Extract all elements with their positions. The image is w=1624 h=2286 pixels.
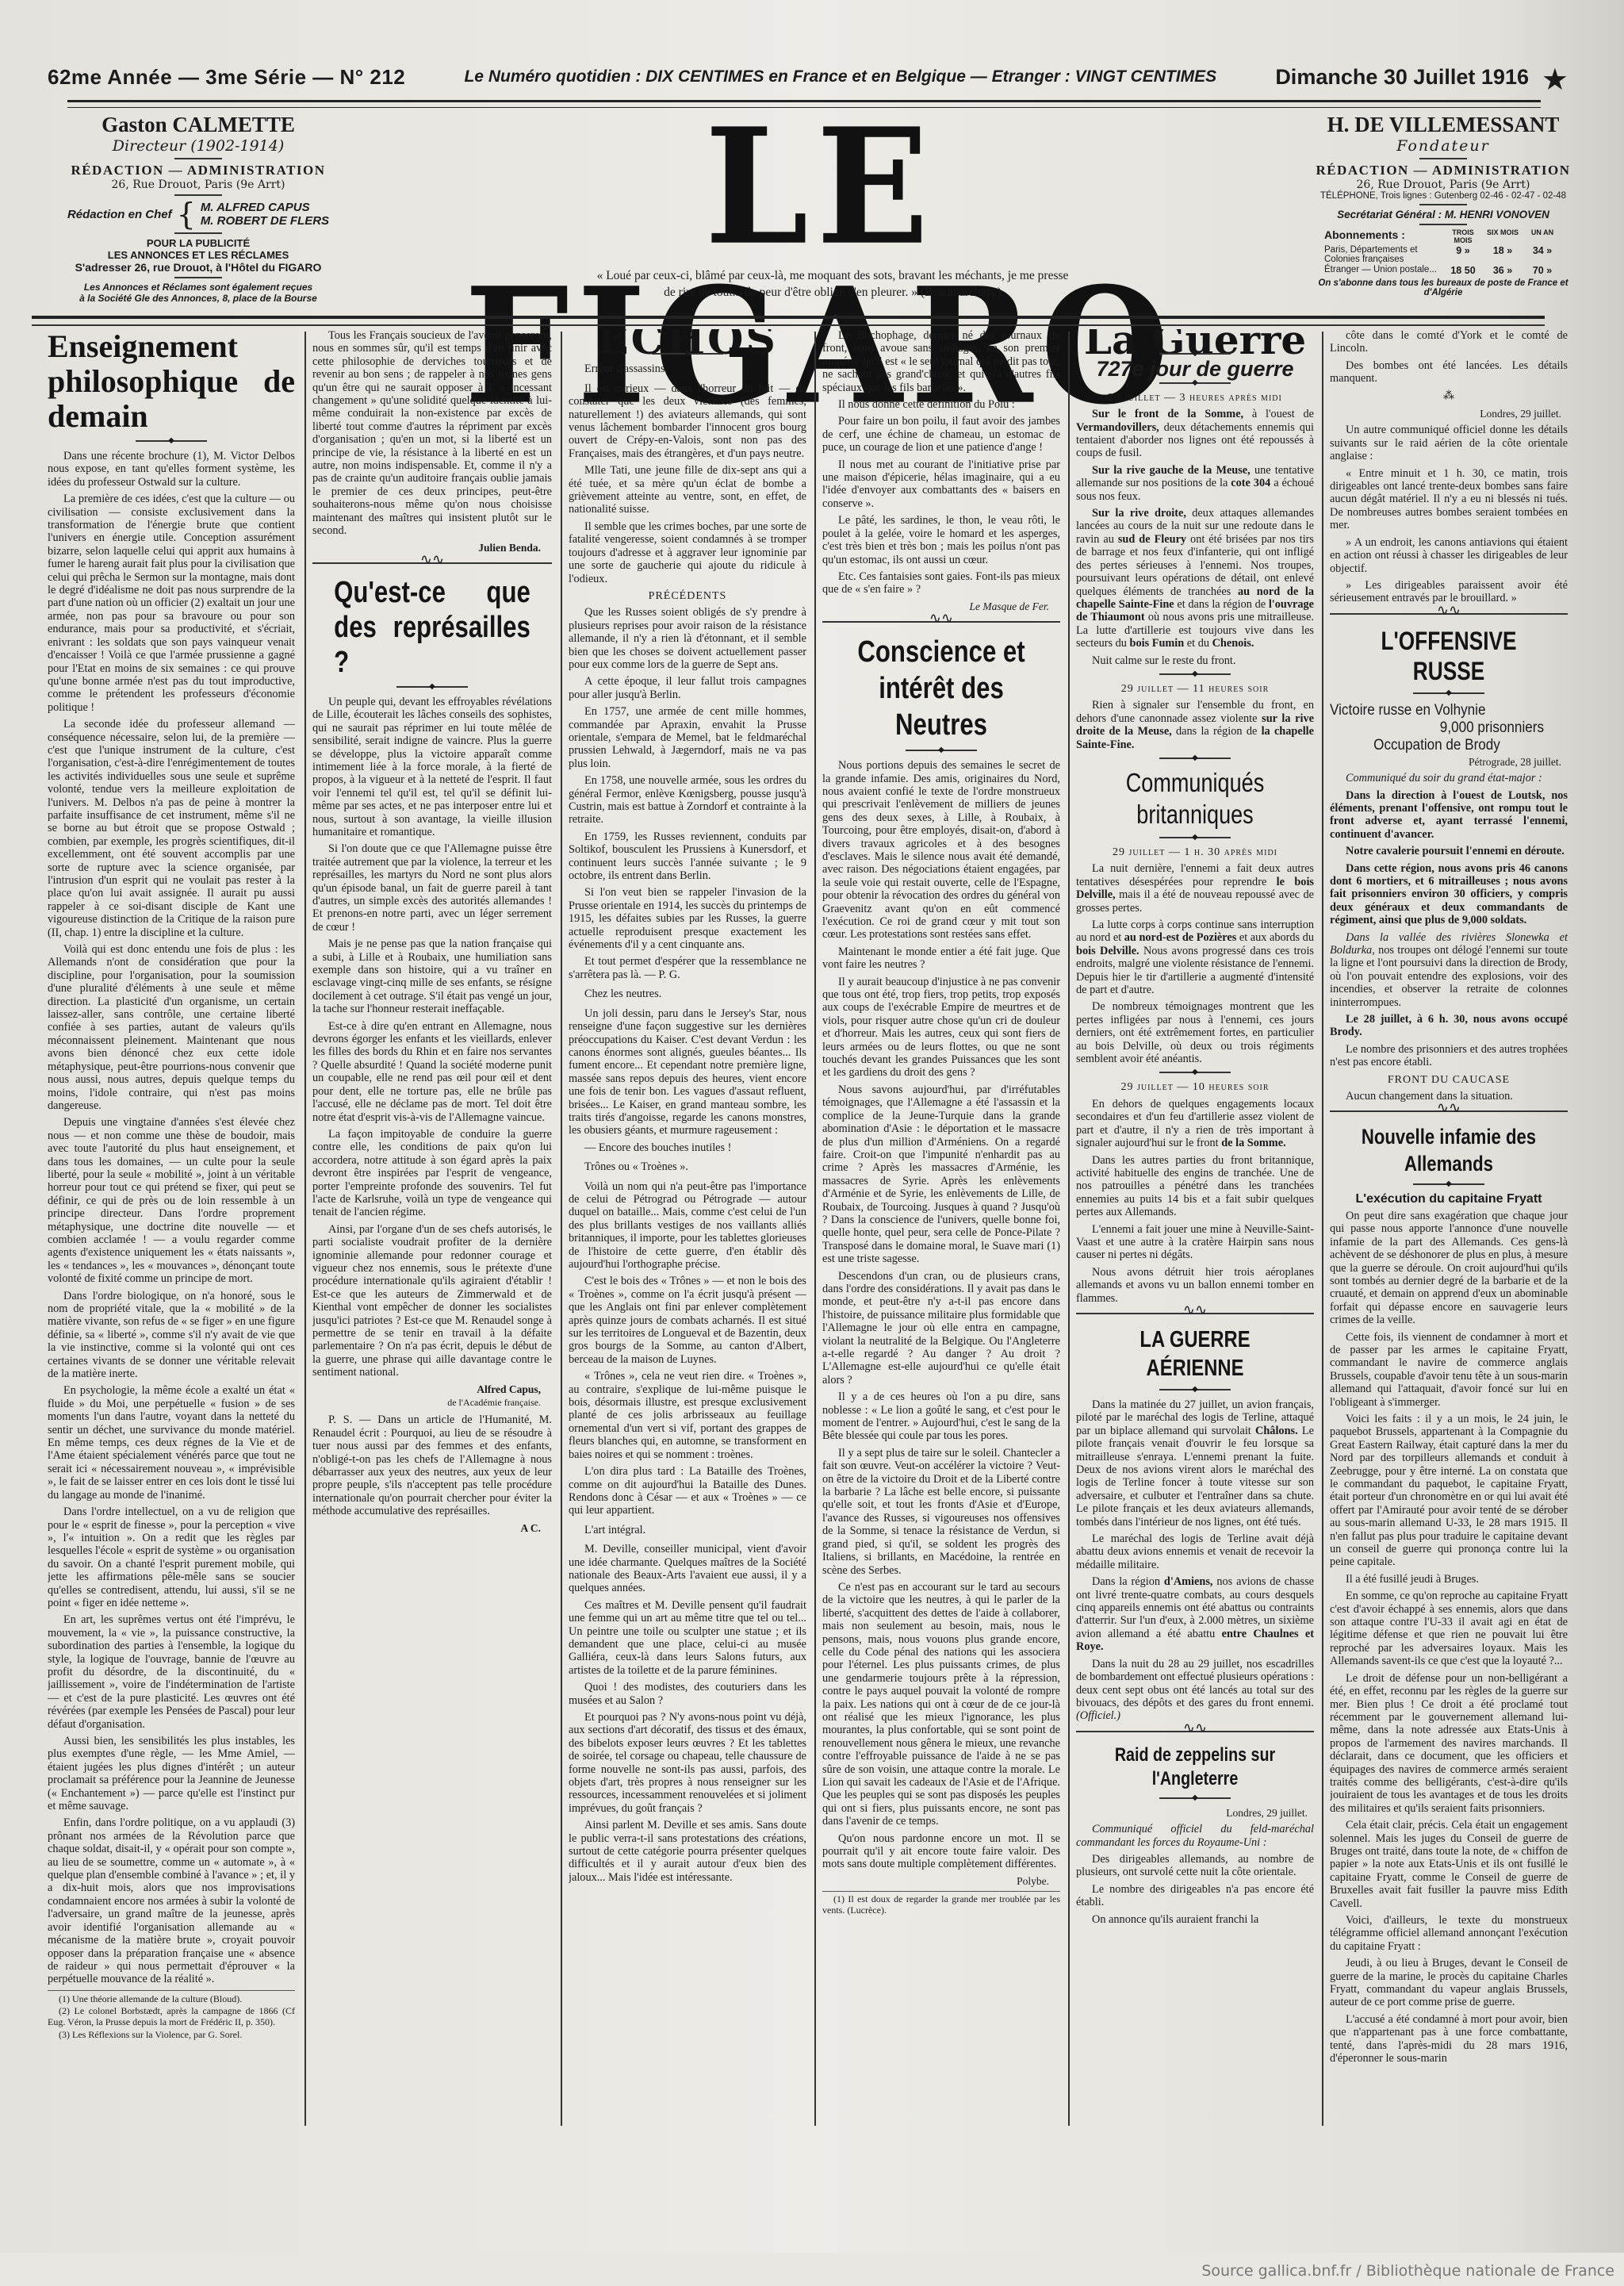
paragraph: On annonce qu'ils auraient franchi la bbox=[1076, 1913, 1314, 1926]
paragraph: En somme, ce qu'on reproche au capitaine… bbox=[1330, 1590, 1568, 1667]
subs-col-header: SIX MOIS bbox=[1483, 228, 1522, 244]
column-6: côte dans le comté d'York et le comté de… bbox=[1330, 329, 1568, 2134]
subhead: Occupation de Brody bbox=[1330, 737, 1544, 754]
section-title-echos: ÉCHOS bbox=[569, 334, 806, 347]
brace-icon: { bbox=[177, 199, 196, 229]
communique-body: Rien à signaler sur l'ensemble du front,… bbox=[1076, 699, 1314, 751]
paragraph: Jeudi, à ou lieu à Bruges, devant le Con… bbox=[1330, 1957, 1568, 2009]
motto: « Loué par ceux-ci, blâmé par ceux-là, m… bbox=[484, 268, 1182, 301]
communique-body: Dans la matinée du 27 juillet, un avion … bbox=[1076, 1398, 1314, 1723]
paragraph: Sur la rive droite, deux attaques allema… bbox=[1076, 507, 1314, 650]
chef-2: M. ROBERT DE FLERS bbox=[201, 214, 329, 228]
russian-subheads: Victoire russe en Volhynie 9,000 prisonn… bbox=[1330, 702, 1544, 754]
paragraph: Ainsi, par l'organe d'un de ses chefs au… bbox=[312, 1223, 552, 1379]
paragraph: Dans la direction à l'ouest de Loutsk, n… bbox=[1330, 789, 1568, 842]
paragraph: Sur la rive gauche de la Meuse, une tent… bbox=[1076, 464, 1314, 503]
paragraph: Il y aurait beaucoup d'injustice à ne pa… bbox=[822, 976, 1060, 1080]
subs-label: Abonnements : bbox=[1324, 228, 1443, 244]
paragraph: Communiqué officiel du feld-maréchal com… bbox=[1076, 1823, 1314, 1849]
paragraph: La première de ces idées, c'est que la c… bbox=[48, 493, 295, 714]
column-rule bbox=[561, 332, 562, 2126]
paragraph: Ces maîtres et M. Deville pensent qu'il … bbox=[569, 1599, 806, 1677]
paragraph: Des dirigeables allemands, au nombre de … bbox=[1076, 1853, 1314, 1879]
star-icon: ★ bbox=[1542, 62, 1568, 97]
masthead-rule bbox=[32, 316, 1545, 326]
section-title-infamie: Nouvelle infamie des Allemands bbox=[1351, 1123, 1546, 1177]
echo-body: M. Deville, conseiller municipal, vient … bbox=[569, 1543, 806, 1884]
masthead-left: Gaston CALMETTE Directeur (1902-1914) RÉ… bbox=[63, 113, 333, 304]
paragraph: Il y a sept plus de taire sur le soleil.… bbox=[822, 1447, 1060, 1577]
article-title-represailles: Qu'est-ce que des représailles ? bbox=[334, 575, 530, 680]
wavy-divider bbox=[1330, 613, 1568, 618]
paragraph: Ce n'est pas en accourant sur le tard au… bbox=[822, 1581, 1060, 1828]
section-title-zeppelins: Raid de zeppelins sur l'Angleterre bbox=[1097, 1743, 1293, 1791]
column-rule bbox=[814, 332, 816, 2126]
ornament-divider bbox=[396, 686, 468, 688]
title-text: Enseignement philosophique de demain bbox=[48, 329, 295, 434]
echo-heading: Erreur d'assassins. bbox=[569, 362, 806, 375]
paragraph: Descendons d'un cran, ou de plusieurs cr… bbox=[822, 1270, 1060, 1387]
paragraph: Nous portions depuis des semaines le sec… bbox=[822, 759, 1060, 942]
paragraph: Dans la matinée du 27 juillet, un avion … bbox=[1076, 1398, 1314, 1528]
footnotes: (1) Une théorie allemande de la culture … bbox=[48, 1990, 295, 2040]
paragraph: Dans une récente brochure (1), M. Victor… bbox=[48, 450, 295, 489]
paragraph: Cette fois, ils viennent de condamner à … bbox=[1330, 1331, 1568, 1409]
column-2: Tous les Français soucieux de l'avenir p… bbox=[312, 329, 552, 2134]
paragraph: Un peuple qui, devant les effroyables ré… bbox=[312, 696, 552, 838]
section-title-guerre: La Guerre bbox=[1076, 334, 1314, 347]
paragraph: Il est curieux — dans l'horreur du fait … bbox=[569, 382, 806, 460]
paragraph: L'ennemi a fait jouer une mine à Neuvill… bbox=[1076, 1223, 1314, 1262]
paragraph: Un joli dessin, paru dans le Jersey's St… bbox=[569, 1007, 806, 1137]
paragraph: Sur le front de la Somme, à l'ouest de V… bbox=[1076, 408, 1314, 460]
communique-body: côte dans le comté d'York et le comté de… bbox=[1330, 329, 1568, 385]
office-address: 26, Rue Drouot, Paris (9e Arrt) bbox=[1312, 178, 1574, 191]
ornament-divider bbox=[1419, 158, 1467, 159]
pub-line-1: POUR LA PUBLICITÉ bbox=[63, 237, 333, 249]
ornament-divider bbox=[174, 232, 222, 234]
paragraph: Le nombre des dirigeables n'a pas encore… bbox=[1076, 1883, 1314, 1909]
ornament-divider bbox=[1159, 1072, 1231, 1073]
paragraph: côte dans le comté d'York et le comté de… bbox=[1330, 329, 1568, 355]
paragraph: Le maréchal des logis de Terline avait d… bbox=[1076, 1532, 1314, 1571]
paragraph: Voilà un nom qui n'a peut-être pas l'imp… bbox=[569, 1180, 806, 1271]
issue-number: 62me Année — 3me Série — N° 212 bbox=[48, 65, 405, 90]
article-body-fryatt: On peut dire sans exagération que chaque… bbox=[1330, 1210, 1568, 2065]
paragraph: Qu'on nous pardonne encore un mot. Il se… bbox=[822, 1832, 1060, 1871]
echo-heading: Trônes ou « Troènes ». bbox=[569, 1160, 806, 1173]
paragraph: Dans la vallée des rivières Slonewka et … bbox=[1330, 931, 1568, 1009]
paragraph: Cela était clair, précis. Cela était un … bbox=[1330, 1819, 1568, 1910]
paragraph: Voici, d'ailleurs, le texte du monstrueu… bbox=[1330, 1914, 1568, 1953]
subs-note: On s'abonne dans tous les bureaux de pos… bbox=[1312, 278, 1574, 297]
paragraph: Des bombes ont été lancées. Les détails … bbox=[1330, 359, 1568, 385]
subhead: Victoire russe en Volhynie bbox=[1330, 702, 1544, 719]
paragraph: Et tout permet d'espérer que la ressembl… bbox=[569, 955, 806, 981]
motto-line-2: de rire de tout... de peur d'être obligé… bbox=[484, 285, 1182, 301]
paragraph: En dehors de quelques engagements locaux… bbox=[1076, 1098, 1314, 1150]
communique-body: En dehors de quelques engagements locaux… bbox=[1076, 1098, 1314, 1305]
ornament-divider bbox=[136, 440, 207, 442]
dateline-place: Londres, 29 juillet. bbox=[1076, 1807, 1308, 1820]
pub-line-4: Les Annonces et Réclames sont également … bbox=[63, 282, 333, 293]
paragraph: Il a été fusillé jeudi à Bruges. bbox=[1330, 1573, 1568, 1586]
paragraph: Enfin, dans l'ordre politique, on a vu a… bbox=[48, 1816, 295, 1985]
office-label: RÉDACTION — ADMINISTRATION bbox=[1312, 163, 1574, 178]
subs-col-header: UN AN bbox=[1522, 228, 1562, 244]
founder-name: H. DE VILLEMESSANT bbox=[1312, 113, 1574, 137]
ornament-divider bbox=[174, 194, 222, 196]
director-name: Gaston CALMETTE bbox=[63, 113, 333, 137]
article-body-represailles: Un peuple qui, devant les effroyables ré… bbox=[312, 696, 552, 1379]
subscription-table: Abonnements : TROIS MOIS SIX MOIS UN AN … bbox=[1324, 228, 1574, 276]
pub-line-3: S'adresser 26, rue Drouot, à l'Hôtel du … bbox=[63, 261, 333, 274]
paragraph: Le droit de défense pour un non-belligér… bbox=[1330, 1672, 1568, 1815]
paragraph: En 1758, une nouvelle armée, sous les or… bbox=[569, 774, 806, 827]
paragraph: C'est le bois des « Trônes » — et non le… bbox=[569, 1275, 806, 1366]
paragraph: A cette époque, il leur fallut trois cam… bbox=[569, 675, 806, 701]
subs-value: 70 » bbox=[1522, 265, 1562, 276]
paragraph: (2) Le colonel Borbstædt, après la campa… bbox=[48, 2006, 295, 2027]
asterism-icon: ⁂ bbox=[1330, 390, 1568, 403]
section-title-britanniques: Communiqués britanniques bbox=[1097, 767, 1293, 830]
subs-value: 18 50 bbox=[1443, 265, 1483, 276]
communique-body: La nuit dernière, l'ennemi a fait deux a… bbox=[1076, 862, 1314, 1065]
paragraph: On peut dire sans exagération que chaque… bbox=[1330, 1210, 1568, 1327]
subs-col-header: TROIS MOIS bbox=[1443, 228, 1483, 244]
issue-date: Dimanche 30 Juillet 1916 bbox=[1275, 65, 1529, 90]
section-title-aerienne: LA GUERRE AÉRIENNE bbox=[1097, 1325, 1293, 1383]
subhead: 9,000 prisonniers bbox=[1330, 719, 1544, 737]
paragraph: En art, les suprêmes vertus ont été l'im… bbox=[48, 1613, 295, 1731]
communique-dateline: 29 juillet — 1 h. 30 après midi bbox=[1076, 846, 1314, 859]
communique-body: Un autre communiqué officiel donne les d… bbox=[1330, 424, 1568, 604]
paragraph: La seconde idée du professeur allemand —… bbox=[48, 718, 295, 939]
newspaper-page: 62me Année — 3me Série — N° 212 Le Numér… bbox=[0, 0, 1624, 2253]
article-title-enseignement: Enseignement philosophique de demain bbox=[48, 329, 295, 434]
paragraph: De nombreux témoignages montrent que les… bbox=[1076, 1000, 1314, 1065]
war-day-subtitle: 727e jour de guerre bbox=[1076, 362, 1314, 375]
paragraph: L'on dira plus tard : La Bataille des Tr… bbox=[569, 1465, 806, 1517]
communique-dateline: 29 juillet — 3 heures après midi bbox=[1076, 392, 1314, 405]
ornament-divider bbox=[1159, 1389, 1231, 1390]
subhead-fryatt: L'exécution du capitaine Fryatt bbox=[1330, 1193, 1568, 1206]
paragraph: Dans la nuit du 28 au 29 juillet, nos es… bbox=[1076, 1658, 1314, 1723]
echo-body: Un joli dessin, paru dans le Jersey's St… bbox=[569, 1007, 806, 1154]
article-body-neutres: Nous portions depuis des semaines le sec… bbox=[822, 759, 1060, 1871]
echo-heading: Chez les neutres. bbox=[569, 988, 806, 1000]
paragraph: Si l'on veut bien se rappeler l'invasion… bbox=[569, 886, 806, 951]
paragraph: La façon impitoyable de conduire la guer… bbox=[312, 1128, 552, 1219]
paragraph: En 1757, une armée de cent mille hommes,… bbox=[569, 705, 806, 770]
column-3: ÉCHOS Erreur d'assassins. Il est curieux… bbox=[569, 329, 806, 2134]
pub-line-2: LES ANNONCES ET LES RÉCLAMES bbox=[63, 249, 333, 261]
paragraph: Est-ce à dire qu'en entrant en Allemagne… bbox=[312, 1020, 552, 1124]
paragraph: Pour faire un bon poilu, il faut avoir d… bbox=[822, 415, 1060, 454]
wavy-divider bbox=[312, 562, 552, 567]
office-address: 26, Rue Drouot, Paris (9e Arrt) bbox=[63, 178, 333, 191]
paragraph: Dans cette région, nous avons pris 46 ca… bbox=[1330, 862, 1568, 927]
paragraph: Depuis une vingtaine d'années s'est élev… bbox=[48, 1116, 295, 1285]
paragraph: Dans l'ordre biologique, on n'a honoré, … bbox=[48, 1290, 295, 1381]
office-label: RÉDACTION — ADMINISTRATION bbox=[63, 163, 333, 178]
echo-heading: L'art intégral. bbox=[569, 1524, 806, 1536]
paragraph: Maintenant le monde entier a été fait ju… bbox=[822, 945, 1060, 972]
paragraph: La lutte corps à corps continue sans int… bbox=[1076, 919, 1314, 996]
column-rule bbox=[304, 332, 306, 2126]
wavy-divider bbox=[1330, 1110, 1568, 1115]
author-signature: Polybe. bbox=[822, 1875, 1049, 1888]
wavy-divider bbox=[822, 621, 1060, 626]
paragraph: (3) Les Réflexions sur la Violence, par … bbox=[48, 2030, 295, 2041]
paragraph: Mlle Tati, une jeune fille de dix-sept a… bbox=[569, 464, 806, 516]
ornament-divider bbox=[906, 750, 977, 751]
paragraph: En 1759, les Russes reviennent, conduits… bbox=[569, 830, 806, 883]
paragraph: « Entre minuit et 1 h. 30, ce matin, tro… bbox=[1330, 467, 1568, 532]
ornament-divider bbox=[174, 158, 222, 159]
paragraph: Rien à signaler sur l'ensemble du front,… bbox=[1076, 699, 1314, 751]
paragraph: Aussi bien, les sensibilités les plus in… bbox=[48, 1735, 295, 1812]
paragraph: Il y a de ces heures où l'on a pu dire, … bbox=[822, 1390, 1060, 1443]
dateline-place: Londres, 29 juillet. bbox=[1330, 408, 1561, 420]
ornament-divider bbox=[1159, 382, 1231, 384]
echo-body: Que les Russes soient obligés de s'y pre… bbox=[569, 606, 806, 981]
masthead-right: H. DE VILLEMESSANT Fondateur RÉDACTION —… bbox=[1312, 113, 1574, 297]
subs-value: 34 » bbox=[1522, 245, 1562, 264]
source-credit: Source gallica.bnf.fr / Bibliothèque nat… bbox=[1201, 2262, 1614, 2280]
paragraph: L'accusé a été condamné à mort pour avoi… bbox=[1330, 2013, 1568, 2065]
communique-body: Communiqué officiel du feld-maréchal com… bbox=[1076, 1823, 1314, 1926]
editors-in-chief: Rédaction en Chef { M. ALFRED CAPUS M. R… bbox=[63, 199, 333, 229]
paragraph: En psychologie, la même école a exalté u… bbox=[48, 1384, 295, 1502]
echo-body: Il est curieux — dans l'horreur du fait … bbox=[569, 382, 806, 585]
article-body-enseignement: Dans une récente brochure (1), M. Victor… bbox=[48, 450, 295, 1986]
ornament-divider bbox=[174, 277, 222, 278]
paragraph: Nous avons détruit hier trois aéroplanes… bbox=[1076, 1266, 1314, 1305]
author-signature: Alfred Capus, bbox=[312, 1383, 541, 1396]
footnote-text: (1) Il est doux de regarder la grande me… bbox=[822, 1894, 1060, 1916]
phone-line: TÉLÉPHONE, Trois lignes : Gutenberg 02-4… bbox=[1312, 191, 1574, 201]
column-4: Le Bochophage, dernier né des journaux d… bbox=[822, 329, 1060, 2134]
secretariat: Secrétariat Général : M. HENRI VONOVEN bbox=[1312, 209, 1574, 221]
communique-body: Communiqué du soir du grand état-major :… bbox=[1330, 772, 1568, 1069]
ornament-divider bbox=[1159, 1797, 1231, 1799]
subs-value: 18 » bbox=[1483, 245, 1522, 264]
section-title-offensive-russe: L'OFFENSIVE RUSSE bbox=[1351, 626, 1546, 686]
article-body-continued: Tous les Français soucieux de l'avenir p… bbox=[312, 329, 552, 538]
subs-value: 9 » bbox=[1443, 245, 1483, 264]
paragraph: Nous savons aujourd'hui, par d'irréfutab… bbox=[822, 1084, 1060, 1266]
top-strip: 62me Année — 3me Série — N° 212 Le Numér… bbox=[48, 63, 1553, 90]
paragraph: La nuit dernière, l'ennemi a fait deux a… bbox=[1076, 862, 1314, 915]
author-title: de l'Académie française. bbox=[312, 1396, 541, 1409]
column-5: La Guerre 727e jour de guerre 29 juillet… bbox=[1076, 329, 1314, 2134]
front-label: FRONT DU CAUCASE bbox=[1330, 1074, 1568, 1087]
paragraph: Mais je ne pense pas que la nation franç… bbox=[312, 938, 552, 1015]
communique-dateline: 29 juillet — 10 heures soir bbox=[1076, 1081, 1314, 1094]
echo-body: Voilà un nom qui n'a peut-être pas l'imp… bbox=[569, 1180, 806, 1517]
paragraph: Dans la région d'Amiens, nos avions de c… bbox=[1076, 1575, 1314, 1653]
paragraph: Communiqué du soir du grand état-major : bbox=[1330, 772, 1568, 784]
subs-row-label: Paris, Départements et Colonies français… bbox=[1324, 245, 1443, 264]
paragraph: Voilà qui est donc entendu une fois de p… bbox=[48, 943, 295, 1112]
pub-line-5: à la Société Gle des Annonces, 8, place … bbox=[63, 293, 333, 304]
motto-line-1: « Loué par ceux-ci, blâmé par ceux-là, m… bbox=[484, 268, 1182, 285]
column-1: Enseignement philosophique de demain Dan… bbox=[48, 329, 295, 2134]
communique-body: Sur le front de la Somme, à l'ouest de V… bbox=[1076, 408, 1314, 667]
paragraph: Un autre communiqué officiel donne les d… bbox=[1330, 424, 1568, 462]
paragraph: (1) Une théorie allemande de la culture … bbox=[48, 1994, 295, 2005]
article-title-neutres: Conscience et intérêt des Neutres bbox=[844, 634, 1039, 743]
paragraph: Dans l'ordre intellectuel, on a vu de re… bbox=[48, 1505, 295, 1609]
paragraph: Notre cavalerie poursuit l'ennemi en dér… bbox=[1330, 845, 1568, 857]
ornament-divider bbox=[652, 353, 723, 355]
paragraph: Si l'on doute que ce que l'Allemagne pui… bbox=[312, 842, 552, 934]
ornament-divider bbox=[1419, 204, 1467, 205]
paragraph: Le Bochophage, dernier né des journaux d… bbox=[822, 329, 1060, 394]
subs-row-label: Étranger — Union postale... bbox=[1324, 265, 1443, 276]
paragraph: Le nombre des prisonniers et des autres … bbox=[1330, 1043, 1568, 1069]
paragraph: Ainsi parlent M. Deville et ses amis. Sa… bbox=[569, 1819, 806, 1884]
wavy-divider bbox=[1076, 1731, 1314, 1736]
column-rule bbox=[1068, 332, 1070, 2126]
ornament-divider bbox=[1159, 353, 1231, 355]
paragraph: Il semble que les crimes boches, par une… bbox=[569, 520, 806, 585]
paragraph: Etc. Ces fantaisies sont gaies. Font-ils… bbox=[822, 570, 1060, 596]
paragraph: Tous les Français soucieux de l'avenir p… bbox=[312, 329, 552, 538]
paragraph: Nuit calme sur le reste du front. bbox=[1076, 654, 1314, 667]
paragraph: » A un endroit, les canons antiavions qu… bbox=[1330, 536, 1568, 575]
chef-1: M. ALFRED CAPUS bbox=[201, 201, 310, 214]
communique-dateline: 29 juillet — 11 heures soir bbox=[1076, 683, 1314, 696]
echo-body: Le Bochophage, dernier né des journaux d… bbox=[822, 329, 1060, 596]
postscript: P. S. — Dans un article de l'Humanité, M… bbox=[312, 1413, 552, 1517]
ornament-divider bbox=[1159, 837, 1231, 838]
paragraph: Que les Russes soient obligés de s'y pre… bbox=[569, 606, 806, 671]
ornament-divider bbox=[1419, 224, 1467, 225]
subs-value: 36 » bbox=[1483, 265, 1522, 276]
paragraph: Voici les faits : il y a un mois, le 24 … bbox=[1330, 1413, 1568, 1569]
dateline-place: Pétrograde, 28 juillet. bbox=[1330, 756, 1561, 769]
paragraph: Il nous met au courant de l'initiative p… bbox=[822, 458, 1060, 511]
paragraph: Le pâté, les sardines, le thon, le veau … bbox=[822, 514, 1060, 566]
paragraph: Il nous donne cette définition du Polu : bbox=[822, 398, 1060, 411]
author-initials: A C. bbox=[312, 1522, 541, 1535]
chef-label: Rédaction en Chef bbox=[67, 208, 172, 221]
footnote: (1) Il est doux de regarder la grande me… bbox=[822, 1891, 1060, 1916]
ornament-divider bbox=[1159, 758, 1231, 759]
column-rule bbox=[1322, 332, 1323, 2126]
founder-role: Fondateur bbox=[1312, 137, 1574, 155]
paragraph: Le 28 juillet, à 6 h. 30, nous avons occ… bbox=[1330, 1013, 1568, 1039]
paragraph: « Trônes », cela ne veut rien dire. « Tr… bbox=[569, 1370, 806, 1461]
ornament-divider bbox=[1159, 673, 1231, 675]
director-role: Directeur (1902-1914) bbox=[63, 137, 333, 155]
paragraph: Dans les autres parties du front britann… bbox=[1076, 1154, 1314, 1219]
echo-heading: PRÉCÉDENTS bbox=[569, 590, 806, 603]
paragraph: — Encore des bouches inutiles ! bbox=[569, 1141, 806, 1154]
ornament-divider bbox=[1413, 692, 1484, 694]
paragraph: Et pourquoi pas ? N'y avons-nous point v… bbox=[569, 1711, 806, 1815]
ornament-divider bbox=[1413, 1183, 1484, 1185]
paragraph: M. Deville, conseiller municipal, vient … bbox=[569, 1543, 806, 1595]
price-line: Le Numéro quotidien : DIX CENTIMES en Fr… bbox=[464, 67, 1216, 86]
wavy-divider bbox=[1076, 1313, 1314, 1318]
paragraph: Quoi ! des modistes, des couturiers dans… bbox=[569, 1681, 806, 1707]
